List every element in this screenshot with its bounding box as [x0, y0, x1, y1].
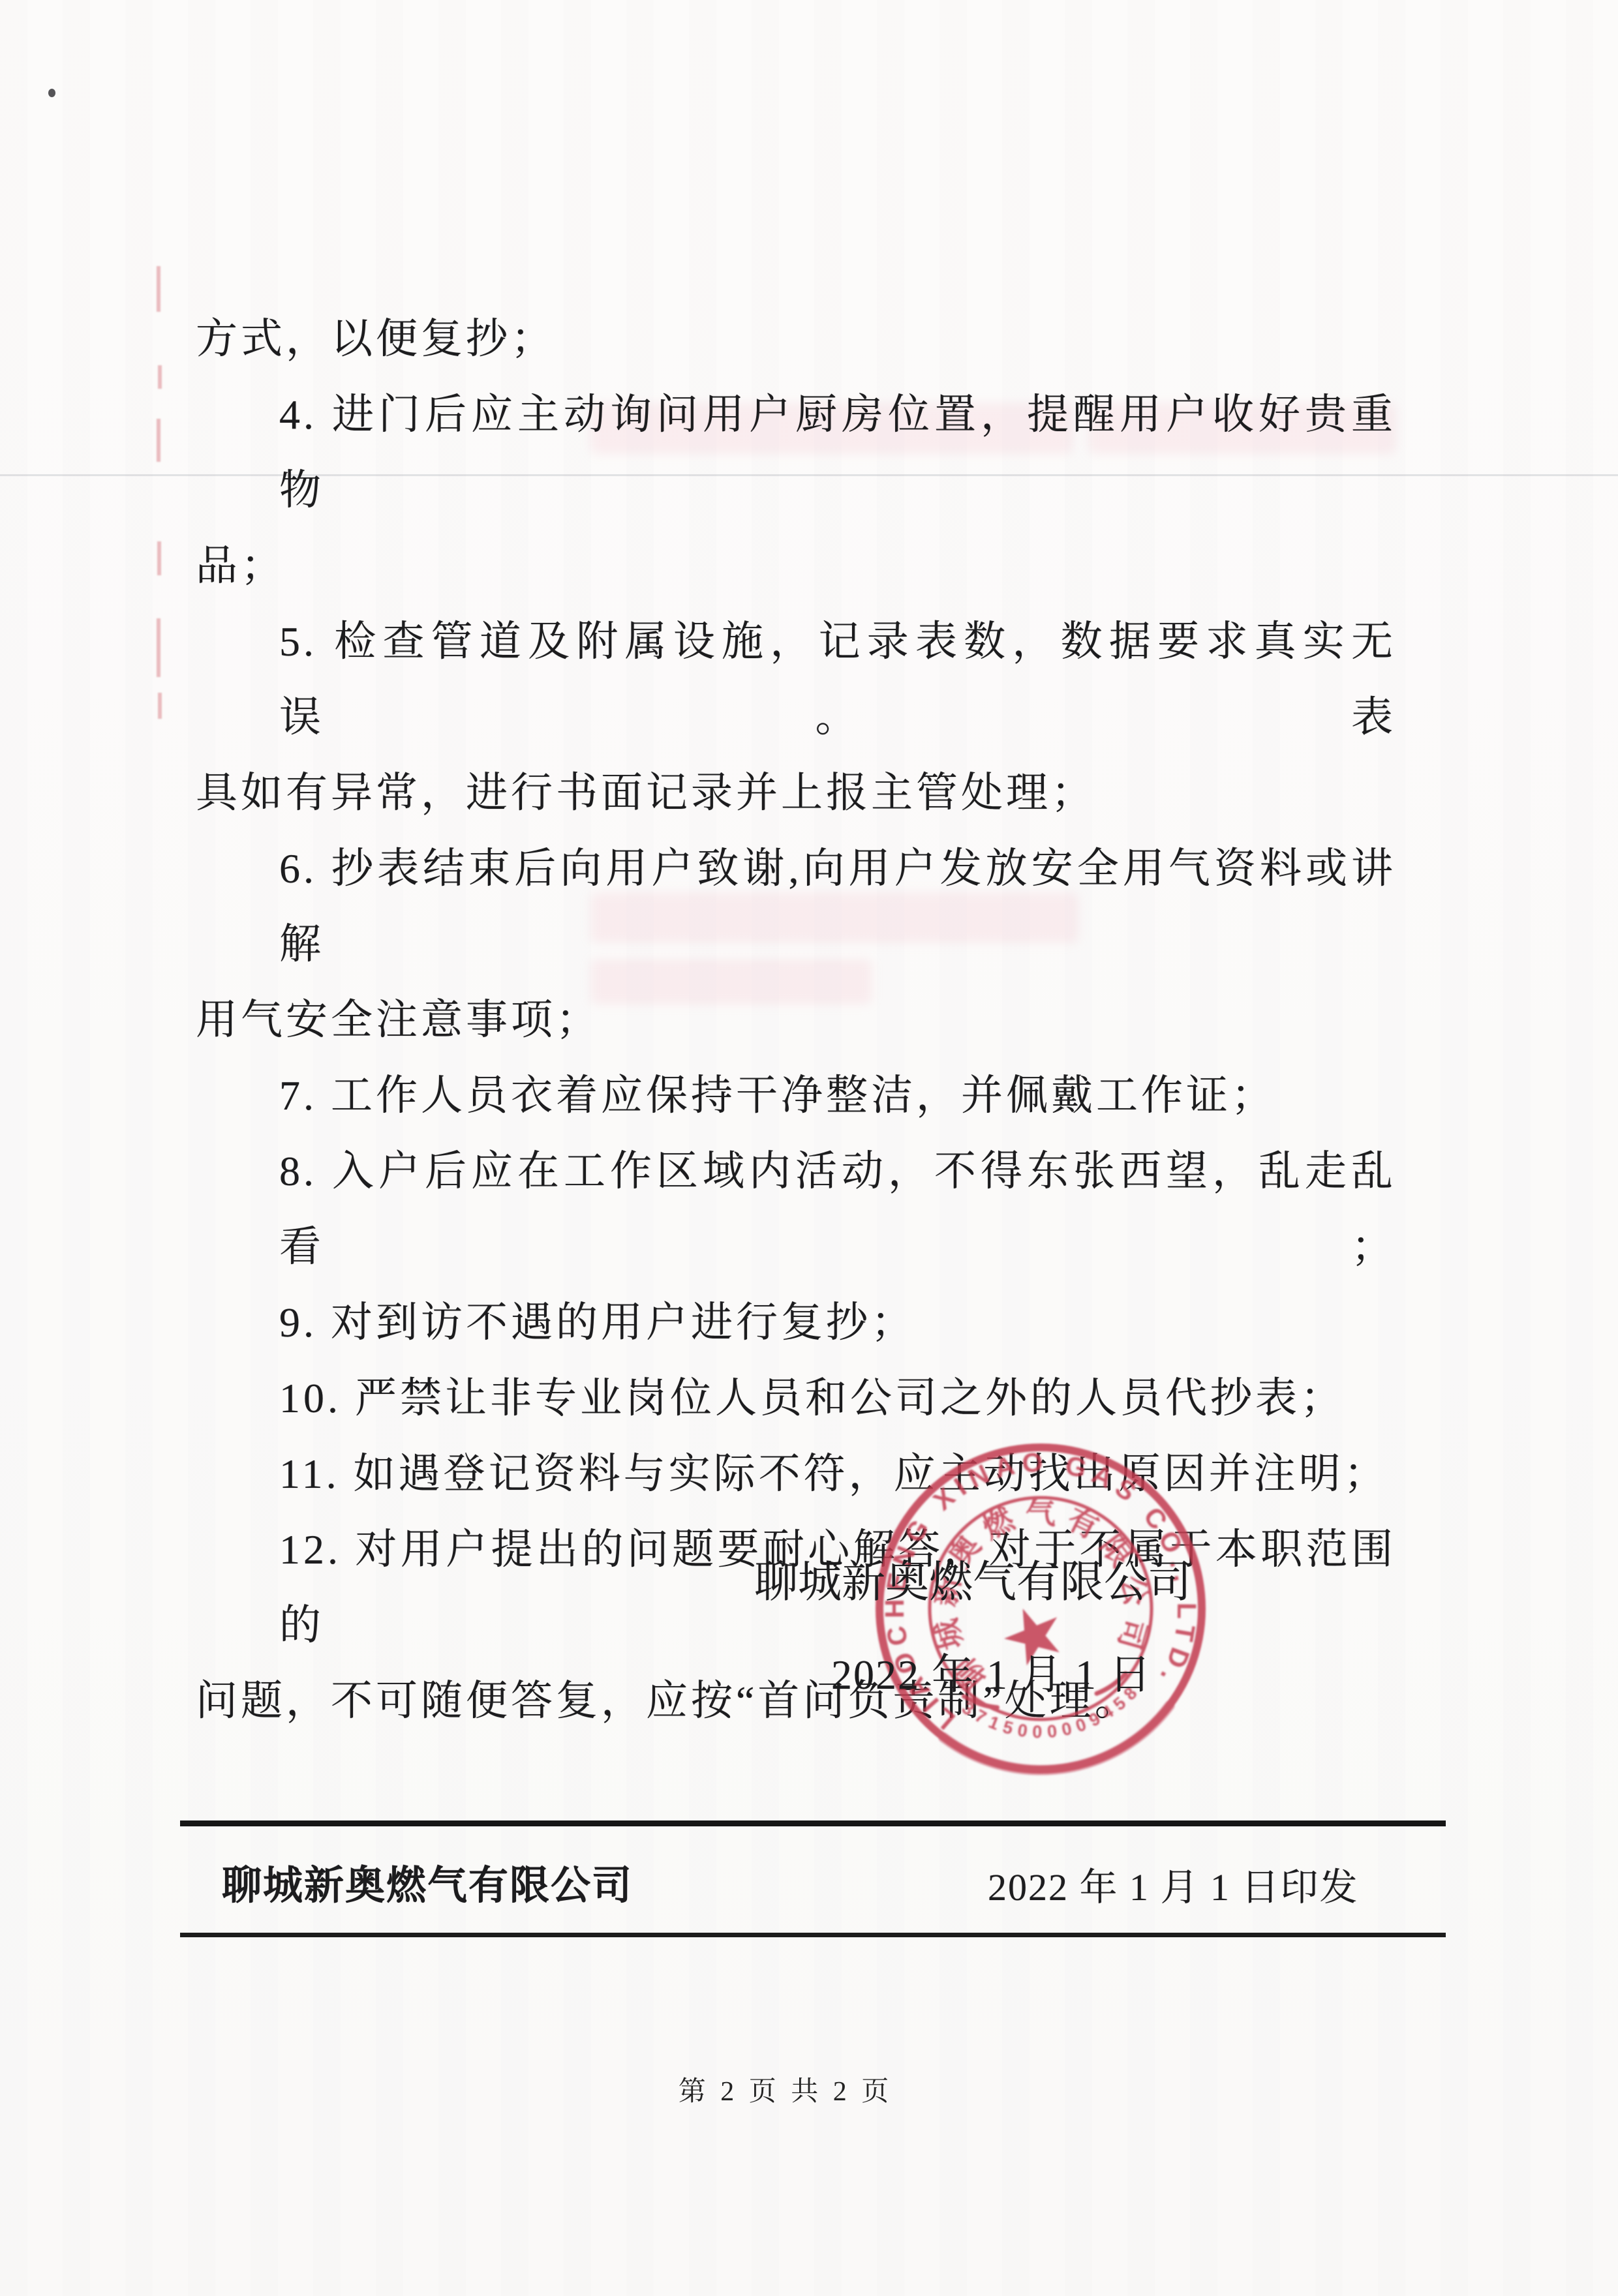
body-line: 10. 严禁让非专业岗位人员和公司之外的人员代抄表； — [196, 1361, 1396, 1436]
body-line: 用气安全注意事项； — [196, 982, 1396, 1058]
body-line: 方式，以便复抄； — [196, 301, 1396, 377]
footer-company: 聊城新奥燃气有限公司 — [222, 1854, 633, 1911]
body-line: 5. 检查管道及附属设施，记录表数，数据要求真实无误。表 — [196, 604, 1396, 755]
footer-rule-bottom — [180, 1933, 1446, 1937]
red-edge-streak — [157, 266, 160, 312]
body-line: 4. 进门后应主动询问用户厨房位置，提醒用户收好贵重物 — [196, 377, 1396, 528]
body-line: 9. 对到访不遇的用户进行复抄； — [196, 1285, 1396, 1361]
ink-dot-artifact — [48, 89, 55, 97]
document-body: 方式，以便复抄； 4. 进门后应主动询问用户厨房位置，提醒用户收好贵重物 品； … — [196, 301, 1396, 1739]
footer-rule-top — [180, 1820, 1446, 1826]
page-number: 第 2 页 共 2 页 — [655, 2070, 916, 2109]
red-edge-streak — [158, 693, 162, 719]
body-line: 8. 入户后应在工作区域内活动，不得东张西望，乱走乱看； — [196, 1134, 1396, 1285]
body-line: 7. 工作人员衣着应保持干净整洁，并佩戴工作证； — [196, 1058, 1396, 1134]
footer-issue-date: 2022 年 1 月 1 日印发 — [988, 1856, 1359, 1911]
red-edge-streak — [157, 618, 160, 677]
red-edge-streak — [157, 419, 160, 462]
scanned-document-page: 方式，以便复抄； 4. 进门后应主动询问用户厨房位置，提醒用户收好贵重物 品； … — [0, 0, 1618, 2296]
signature-company: 聊城新奥燃气有限公司 — [754, 1559, 1211, 1606]
body-line: 具如有异常，进行书面记录并上报主管处理； — [196, 755, 1396, 831]
red-edge-streak — [157, 541, 161, 575]
body-line: 11. 如遇登记资料与实际不符，应主动找出原因并注明； — [196, 1436, 1396, 1512]
signature-date: 2022 年 1 月 1 日 — [831, 1652, 1197, 1698]
red-edge-streak — [158, 365, 162, 389]
company-seal: LIAOCHENG XINAO GAS CO., LTD. 3715000009… — [846, 1413, 1236, 1804]
body-line: 6. 抄表结束后向用户致谢,向用户发放安全用气资料或讲解 — [196, 831, 1396, 982]
body-line: 品； — [196, 528, 1396, 604]
